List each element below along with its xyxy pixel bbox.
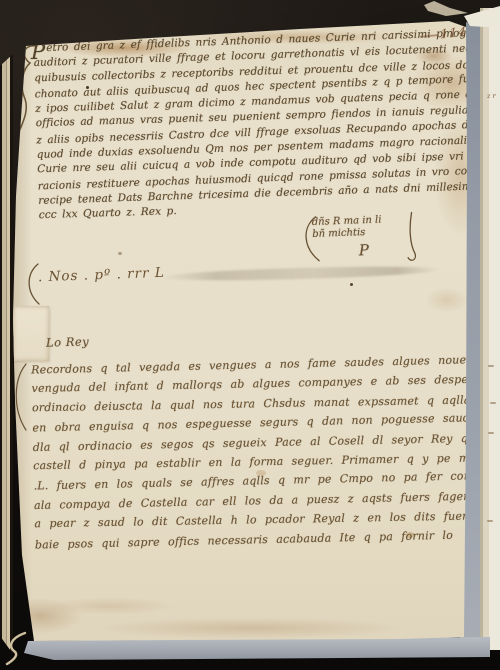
underlying-page-edge xyxy=(480,8,500,650)
binding-thread xyxy=(3,630,31,668)
ink-bleed-mark xyxy=(487,520,493,522)
ink-bleed-mark xyxy=(490,402,496,404)
repair-patch xyxy=(13,306,49,361)
adjacent-page-text: z r xyxy=(487,94,496,99)
manuscript-photo: z r 114 P etro dei gra z ef ffidelibs nr… xyxy=(0,0,500,670)
ink-bleed-mark xyxy=(488,432,494,434)
manuscript-page: 114 P etro dei gra z ef ffidelibs nris A… xyxy=(0,0,500,670)
marginal-note: . Nos . pº . rrr L xyxy=(38,265,165,285)
section-heading-lo-rey: Lo Rey xyxy=(46,334,90,349)
stain-spot xyxy=(118,252,122,255)
probata-mark: P xyxy=(359,241,370,259)
ink-bleed-mark xyxy=(488,365,494,367)
catalan-ordinance-block: Recordons q tal vegada es vengues a nos … xyxy=(31,351,475,554)
book-gutter-page-edges xyxy=(0,54,13,654)
paragraph-bracket xyxy=(11,362,29,434)
page-behind-top-edge xyxy=(420,0,470,17)
latin-letter-block: etro dei gra z ef ffidelibs nris Anthoni… xyxy=(33,27,475,225)
chancery-signature-block: dñs R ma in li bñ michtis P xyxy=(312,213,425,240)
ink-spot xyxy=(350,283,353,286)
